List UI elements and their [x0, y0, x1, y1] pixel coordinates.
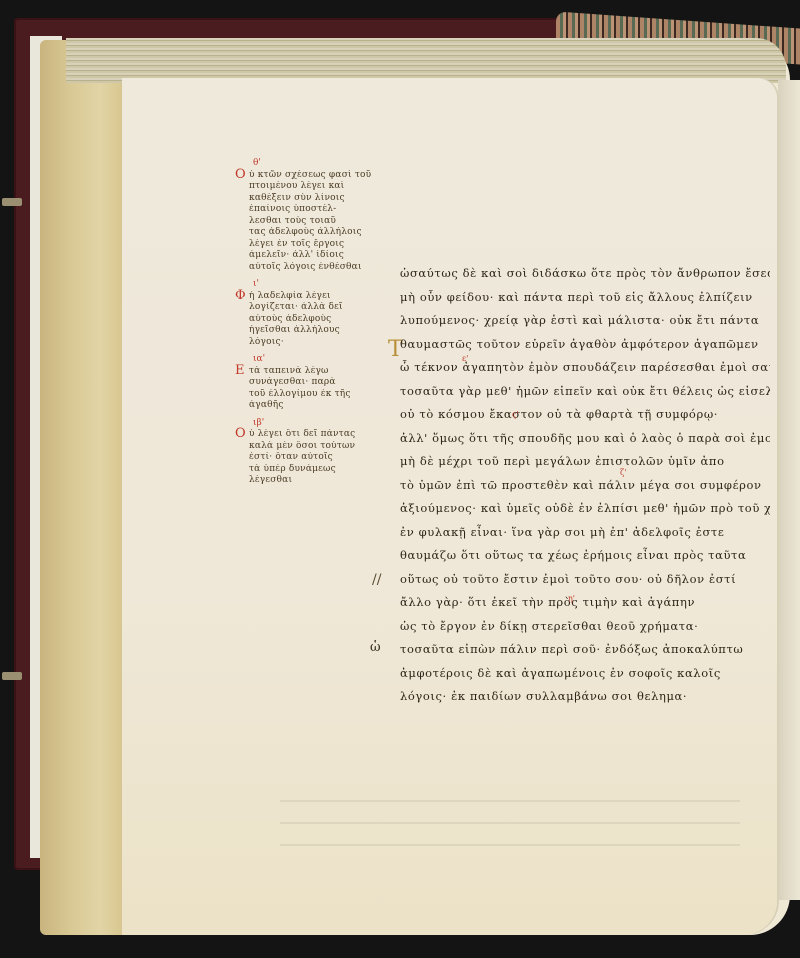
text-line: τοσαῦτα εἰπὼν πάλιν περὶ σοῦ· ἐνδόξως ἀπ…: [400, 638, 770, 662]
scholion-line: αὐτοὺς ἀδελφοὺς: [249, 314, 395, 326]
page-top-edges: [66, 38, 786, 83]
section-number: ιβ': [253, 418, 395, 430]
scholion-line: ἐστί· ὅταν αὐτοῖς: [249, 452, 395, 464]
rubric-superscript: ε': [462, 354, 468, 363]
scholion-line: λέγει ἐν τοῖς ἔργοις: [249, 239, 395, 251]
rubric-initial: Ο: [235, 428, 246, 440]
scholion-line: ἀγαθῆς: [249, 400, 395, 412]
text-line: θαυμάζω ὅτι οὕτως τα χέως ἐρήμοις εἶναι …: [400, 544, 770, 568]
scholion-line: λεσθαι τοὺς τοιαῦ: [249, 216, 395, 228]
rubric-initial: Ε: [235, 365, 245, 377]
rubric-initial: Φ: [235, 290, 246, 302]
text-line: τὸ ὑμῶν ἐπὶ τῶ προστεθὲν καὶ πάλιν μέγα …: [400, 474, 770, 498]
scholion-line: ἐπαίνοις ὑποστέλ-: [249, 204, 395, 216]
section-number: ια': [253, 354, 395, 366]
scholion-line: πτοιμένου λέγει καὶ: [249, 181, 395, 193]
rubric-superscript: ς': [512, 410, 519, 419]
paragraph-mark-slashes: //: [372, 572, 381, 588]
text-line: ἐν φυλακῇ εἶναι· ἵνα γὰρ σοι μὴ ἐπ' ἀδελ…: [400, 521, 770, 545]
scholion: ια' Ε τὰ ταπεινὰ λέγω συνάγεσθαι· παρὰ τ…: [235, 354, 395, 412]
scholion: θ' Ο ὑ κτῶν σχέσεως φασὶ τοῦ πτοιμένου λ…: [235, 158, 395, 273]
scholion-line: λόγοις·: [249, 337, 395, 349]
text-line: λυπούμενος· χρείᾳ γὰρ ἐστὶ καὶ μάλιστα· …: [400, 309, 770, 333]
rubric-superscript: η': [568, 594, 575, 603]
scholion-line: ἠ λαδελφία λέγει: [249, 291, 395, 303]
text-line: ὡσαύτως δὲ καὶ σοὶ διδάσκω ὅτε πρὸς τὸν …: [400, 262, 770, 286]
scholion-line: τὰ ὑπὲρ δυνάμεως: [249, 464, 395, 476]
text-line: ἀλλ' ὅμως ὅτι τῆς σπουδῆς μου καὶ ὁ λαὸς…: [400, 427, 770, 451]
scholion-line: ὑ λέγει ὅτι δεῖ πάντας: [249, 429, 395, 441]
scholion-line: τας ἀδελφοὺς ἀλλήλοις: [249, 227, 395, 239]
text-line: ἀμφοτέροις δὲ καὶ ἀγαπωμένοις ἐν σοφοῖς …: [400, 662, 770, 686]
text-line: ἀξιούμενος· καὶ ὑμεῖς οὐδὲ ἐν ἐλπίσι μεθ…: [400, 497, 770, 521]
clasp-top: [2, 198, 22, 206]
scholion: ι' Φ ἠ λαδελφία λέγει λογίζεται· ἀλλὰ δε…: [235, 279, 395, 348]
paragraph-mark-omega: ὡ: [370, 640, 381, 655]
text-line: ἄλλο γὰρ· ὅτι ἐκεῖ τὴν πρὸς τιμὴν καὶ ἀγ…: [400, 591, 770, 615]
text-line: ὦ τέκνον ἀγαπητὸν ἐμὸν σπουδάζειν παρέσε…: [400, 356, 770, 380]
scholion-line: αὐτοῖς λόγοις ἐνθέσθαι: [249, 262, 395, 274]
text-line: μὴ δὲ μέχρι τοῦ περὶ μεγάλων ἐπιστολῶν ὑ…: [400, 450, 770, 474]
scholion-line: ἠγεῖσθαι ἀλλήλους: [249, 325, 395, 337]
text-line: οὕτως οὐ τοῦτο ἔστιν ἐμοὶ τοῦτο σου· οὐ …: [400, 568, 770, 592]
main-text-column: ὡσαύτως δὲ καὶ σοὶ διδάσκω ὅτε πρὸς τὸν …: [400, 262, 770, 709]
margin-scholia: θ' Ο ὑ κτῶν σχέσεως φασὶ τοῦ πτοιμένου λ…: [235, 158, 395, 493]
section-number: θ': [253, 158, 395, 170]
scholion: ιβ' Ο ὑ λέγει ὅτι δεῖ πάντας καλὰ μέν ὅσ…: [235, 418, 395, 487]
ghost-text: [280, 800, 740, 860]
scholion-line: λέγεσθαι: [249, 475, 395, 487]
text-line: λόγοις· ἐκ παιδίων συλλαμβάνω σοι θελημα…: [400, 685, 770, 709]
text-line: μὴ οὖν φείδου· καὶ πάντα περὶ τοῦ εἰς ἄλ…: [400, 286, 770, 310]
scholion-line: ὑ κτῶν σχέσεως φασὶ τοῦ: [249, 170, 395, 182]
section-number: ι': [253, 279, 395, 291]
scholion-line: καλὰ μέν ὅσοι τούτων: [249, 441, 395, 453]
text-line: τοσαῦτα γὰρ μεθ' ἡμῶν εἰπεῖν καὶ οὐκ ἔτι…: [400, 380, 770, 404]
scholion-line: ἀμελεῖν· ἀλλ' ἰδίοις: [249, 250, 395, 262]
text-line: θαυμαστῶς τοῦτον εὑρεῖν ἀγαθὸν ἀμφότερον…: [400, 333, 770, 357]
next-leaf-edge: [778, 80, 800, 900]
scholion-line: τοῦ ἐλλογίμου ἐκ τῆς: [249, 389, 395, 401]
scholion-line: λογίζεται· ἀλλὰ δεῖ: [249, 302, 395, 314]
scholion-line: τὰ ταπεινὰ λέγω: [249, 366, 395, 378]
scholion-line: καθέξειν σὺν λίνοις: [249, 193, 395, 205]
rubric-initial: Ο: [235, 169, 246, 181]
clasp-bottom: [2, 672, 22, 680]
text-line: οὐ τὸ κόσμου ἔκαστον οὐ τὰ φθαρτὰ τῇ συμ…: [400, 403, 770, 427]
scholion-line: συνάγεσθαι· παρὰ: [249, 377, 395, 389]
rubric-superscript: ζ': [620, 468, 627, 477]
text-line: ὡς τὸ ἔργον ἐν δίκῃ στερεῖσθαι θεοῦ χρήμ…: [400, 615, 770, 639]
